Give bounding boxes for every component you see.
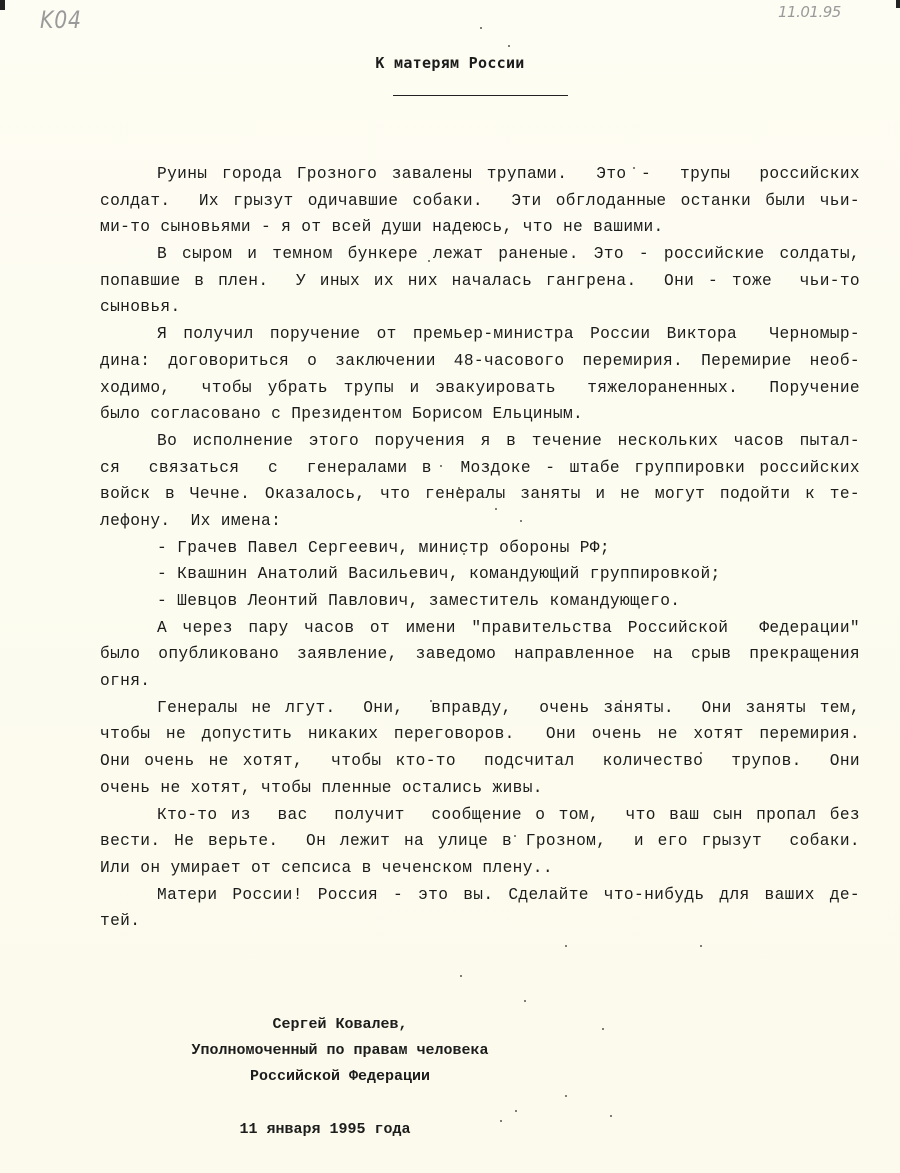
speck xyxy=(610,1115,612,1117)
letter-body: Руины города Грозного завалены трупами. … xyxy=(100,161,860,935)
text-line: вести. Не верьте. Он лежит на улице в Гр… xyxy=(100,828,860,855)
text-line: очень не хотят, чтобы пленные остались ж… xyxy=(100,775,860,802)
text-line: - Грачев Павел Сергеевич, министр оборон… xyxy=(100,535,860,562)
text-line: - Квашнин Анатолий Васильевич, командующ… xyxy=(100,561,860,588)
text-line: Кто-то из вас получит сообщение о том, ч… xyxy=(100,802,860,829)
speck xyxy=(565,1095,567,1097)
speck xyxy=(524,1000,526,1002)
speck xyxy=(430,700,432,702)
signatory-name: Сергей Ковалев, xyxy=(0,1012,680,1038)
speck xyxy=(633,167,635,169)
document-title: К матерям России xyxy=(0,54,900,72)
text-line: было согласовано с Президентом Борисом Е… xyxy=(100,401,860,428)
speck xyxy=(520,520,522,522)
text-line: А через пару часов от имени "правительст… xyxy=(100,615,860,642)
archive-code-annotation: K04 xyxy=(40,6,82,34)
text-line: войск в Чечне. Оказалось, что генералы з… xyxy=(100,481,860,508)
speck xyxy=(480,27,482,29)
text-line: Генералы не лгут. Они, вправду, очень за… xyxy=(100,695,860,722)
speck xyxy=(514,835,516,837)
signature-block: Сергей Ковалев, Уполномоченный по правам… xyxy=(0,1012,680,1090)
handwritten-date-annotation: 11.01.95 xyxy=(778,3,841,21)
text-line: Или он умирает от сепсиса в чеченском пл… xyxy=(100,855,860,882)
speck xyxy=(460,975,462,977)
signatory-organization: Российской Федерации xyxy=(0,1064,680,1090)
title-underline xyxy=(393,95,568,96)
text-line: лефону. Их имена: xyxy=(100,508,860,535)
text-line: Я получил поручение от премьер-министра … xyxy=(100,321,860,348)
text-line: Во исполнение этого поручения я в течени… xyxy=(100,428,860,455)
speck xyxy=(458,487,460,489)
text-line: дина: договориться о заключении 48-часов… xyxy=(100,348,860,375)
text-line: солдат. Их грызут одичавшие собаки. Эти … xyxy=(100,188,860,215)
text-line: В сыром и темном бункере лежат раненые. … xyxy=(100,241,860,268)
text-line: было опубликовано заявление, заведомо на… xyxy=(100,641,860,668)
signatory-position: Уполномоченный по правам человека xyxy=(0,1038,680,1064)
speck xyxy=(700,945,702,947)
speck xyxy=(463,553,465,555)
text-line: Матери России! Россия - это вы. Сделайте… xyxy=(100,882,860,909)
speck xyxy=(620,700,622,702)
text-line: огня. xyxy=(100,668,860,695)
speck xyxy=(515,1110,517,1112)
speck xyxy=(440,465,442,467)
text-line: тей. xyxy=(100,908,860,935)
speck xyxy=(500,1120,502,1122)
text-line: ся связаться с генералами в Моздоке - шт… xyxy=(100,455,860,482)
speck xyxy=(565,945,567,947)
speck xyxy=(700,752,702,754)
text-line: попавшие в плен. У иных их них началась … xyxy=(100,268,860,295)
text-line: ходимо, чтобы убрать трупы и эвакуироват… xyxy=(100,375,860,402)
document-page: K04 11.01.95 К матерям России Руины горо… xyxy=(0,0,900,1173)
letter-date: 11 января 1995 года xyxy=(0,1121,650,1138)
text-line: чтобы не допустить никаких переговоров. … xyxy=(100,721,860,748)
text-line: ми-то сыновьями - я от всей души надеюсь… xyxy=(100,214,860,241)
scan-corner-mark xyxy=(0,0,5,10)
speck xyxy=(556,567,558,569)
speck xyxy=(495,508,497,510)
speck xyxy=(602,1028,604,1030)
speck xyxy=(508,45,510,47)
scan-corner-mark xyxy=(896,0,900,8)
text-line: сыновья. xyxy=(100,294,860,321)
text-line: Они очень не хотят, чтобы кто-то подсчит… xyxy=(100,748,860,775)
text-line: - Шевцов Леонтий Павлович, заместитель к… xyxy=(100,588,860,615)
speck xyxy=(428,260,430,262)
text-line: Руины города Грозного завалены трупами. … xyxy=(100,161,860,188)
